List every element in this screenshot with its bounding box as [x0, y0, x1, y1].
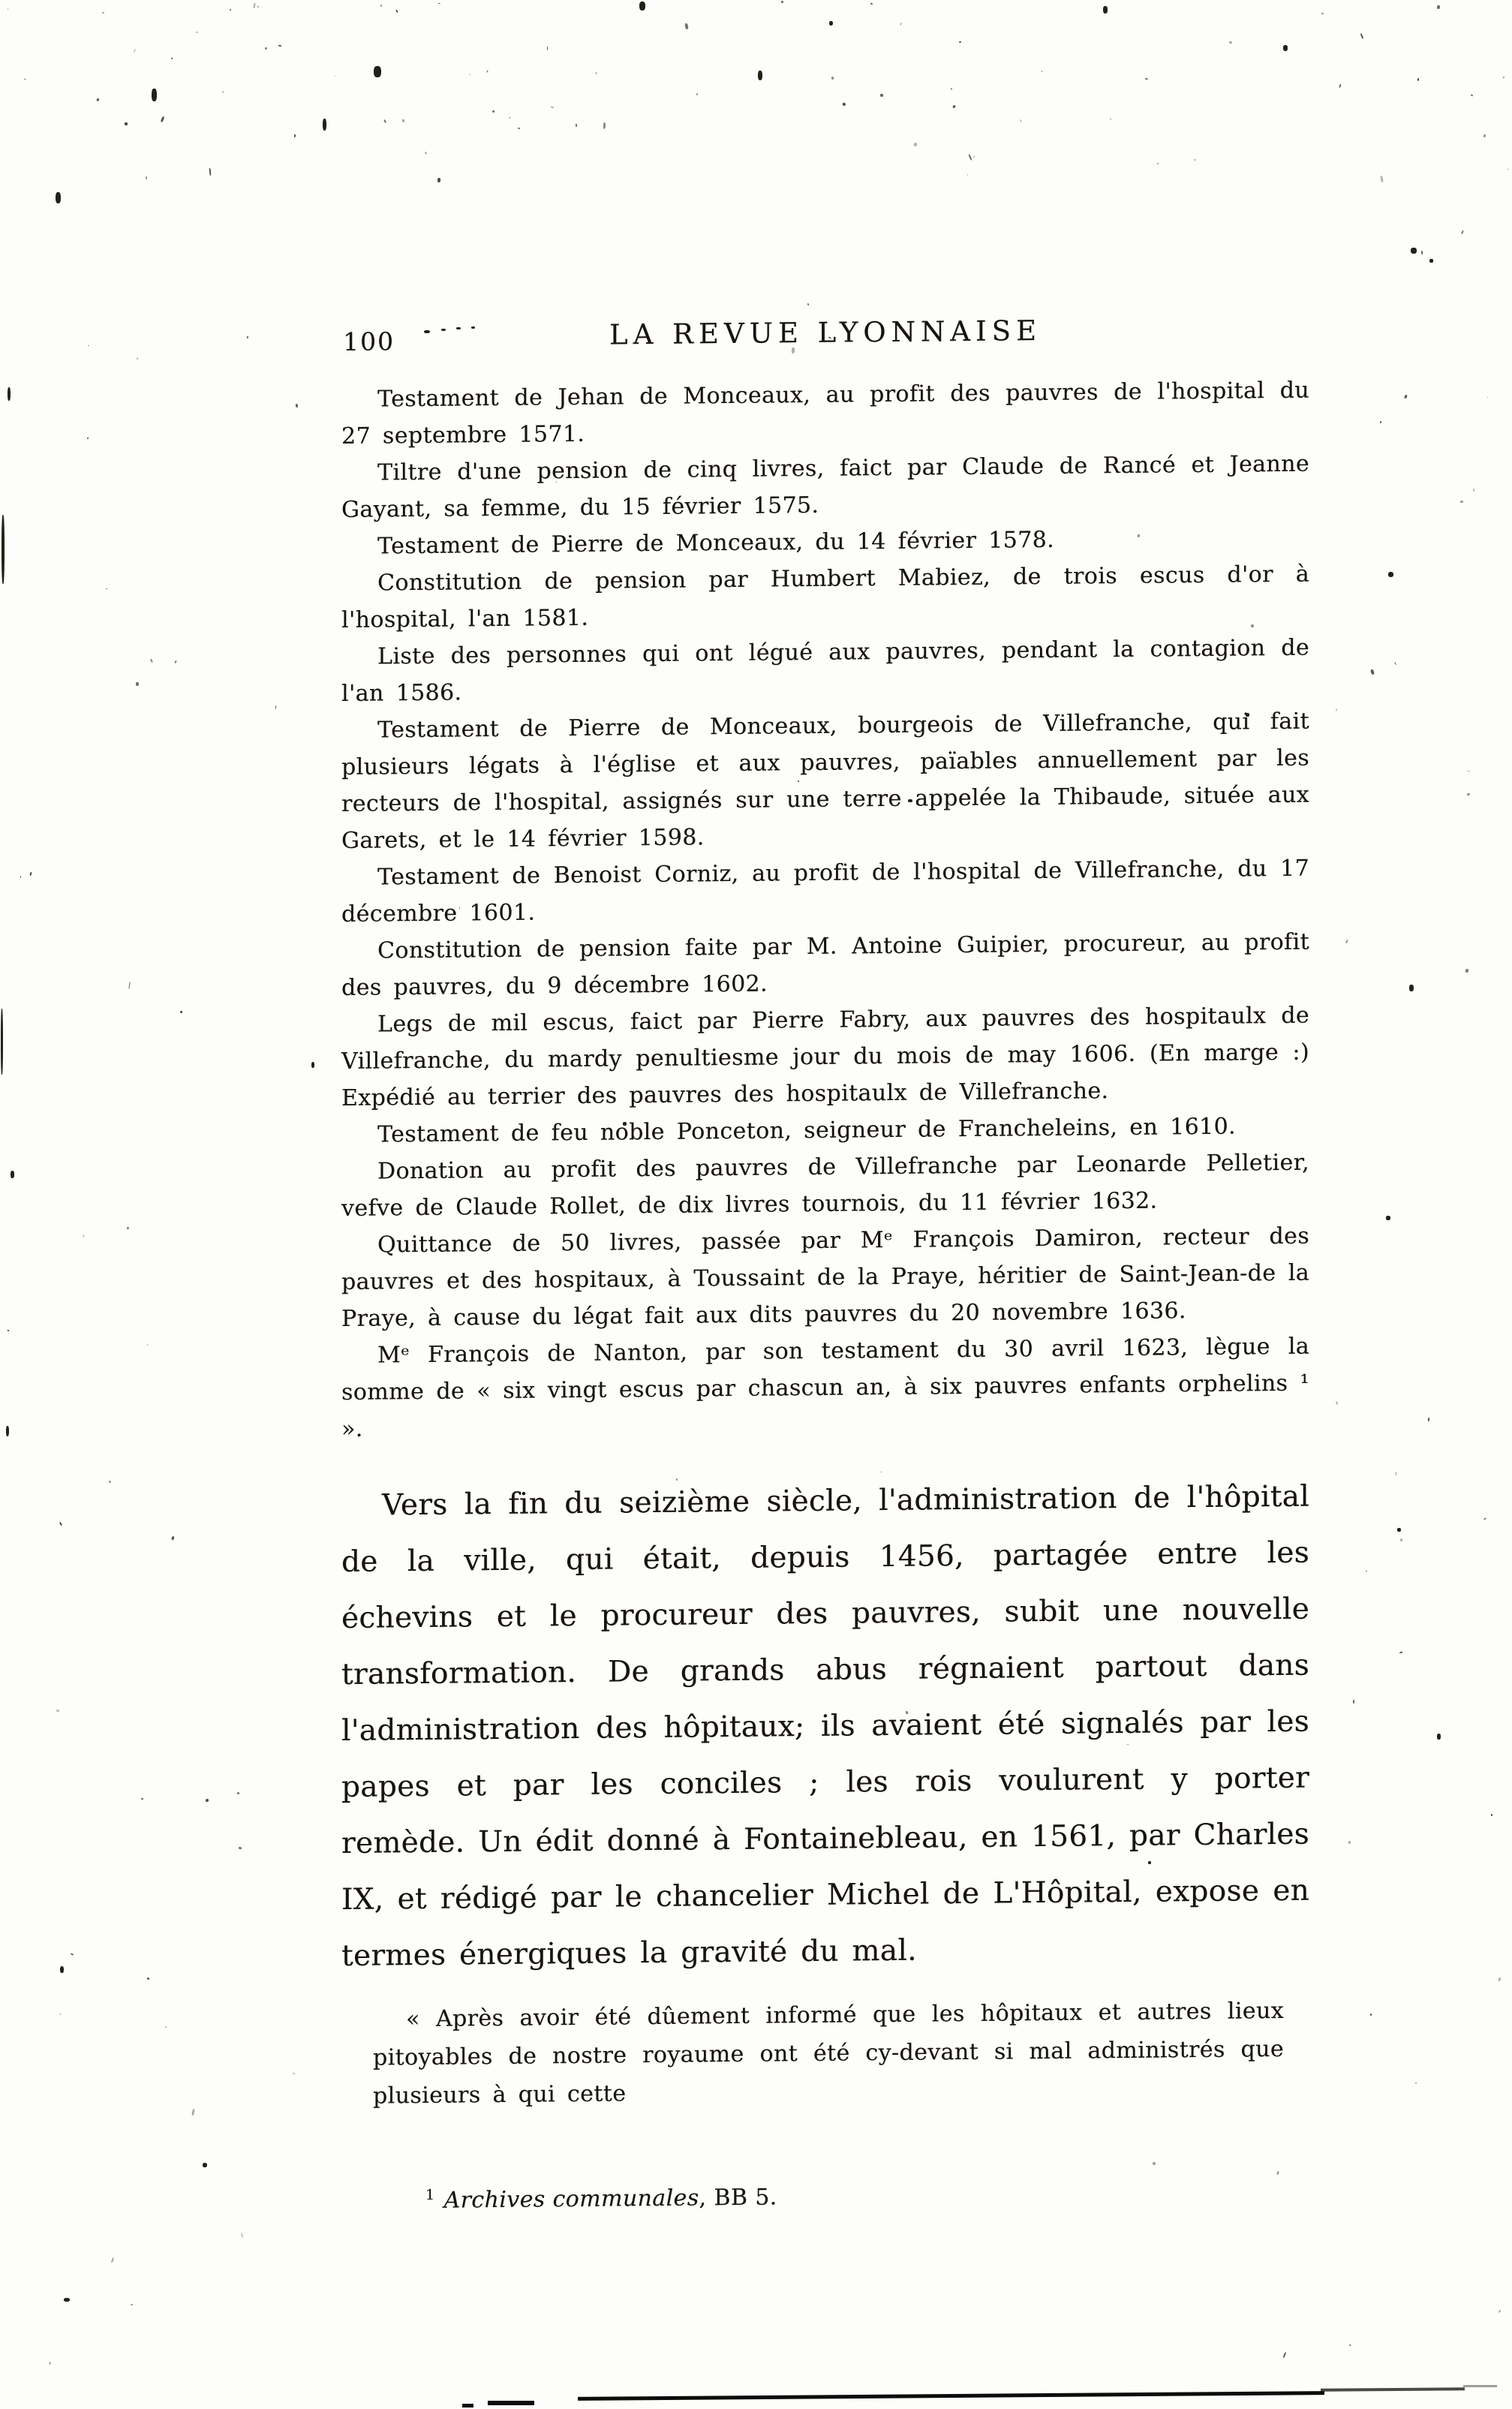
scan-speck: [1471, 94, 1474, 96]
scan-speck: [469, 74, 470, 76]
scan-speck: [880, 94, 883, 97]
scan-speck: [908, 799, 912, 802]
entry-paragraph: Donation au profit des pauvres de Villef…: [341, 1144, 1309, 1227]
scan-speck: [842, 102, 846, 107]
scan-speck: [109, 1481, 112, 1483]
entry-paragraph: Testament de Jehan de Monceaux, au profi…: [341, 372, 1309, 455]
page-edge-line: [462, 2404, 473, 2407]
scan-speck: [1369, 2014, 1372, 2017]
scan-speck: [8, 387, 11, 401]
scan-speck: [1429, 259, 1433, 263]
scan-speck: [1042, 71, 1043, 72]
scan-speck: [209, 168, 211, 176]
scan-speck: [171, 58, 173, 59]
scan-speck: [161, 116, 165, 123]
scan-speck: [1399, 1651, 1402, 1653]
scan-speck: [1321, 13, 1324, 14]
scan-speck: [131, 2304, 133, 2305]
scan-speck: [150, 659, 153, 663]
scan-speck: [102, 12, 104, 14]
scan-speck: [380, 5, 382, 7]
scan-speck: [547, 47, 549, 50]
quote-paragraph: « Après avoir été dûement informé que le…: [373, 1992, 1284, 2116]
scan-speck: [1148, 1861, 1151, 1864]
scan-speck: [1397, 1528, 1401, 1532]
scan-speck: [807, 303, 810, 305]
scan-speck: [829, 21, 833, 26]
scan-speck: [1498, 1977, 1501, 1982]
scan-speck: [1491, 1814, 1492, 1816]
scan-speck: [96, 98, 100, 101]
scan-speck: [56, 192, 61, 203]
scan-speck: [551, 107, 554, 109]
scan-speck: [6, 1426, 9, 1436]
scan-speck: [1428, 1418, 1429, 1421]
entry-paragraph: Testament de Benoist Corniz, au profit d…: [341, 850, 1309, 933]
scan-speck: [60, 2014, 62, 2015]
scan-speck: [146, 176, 147, 179]
scan-speck: [275, 705, 277, 709]
scan-speck: [1465, 969, 1468, 973]
scan-speck: [900, 23, 901, 26]
footnote-marker: 1: [425, 2187, 435, 2203]
scan-speck: [438, 3, 440, 5]
scan-speck: [311, 1062, 314, 1068]
scan-speck: [1380, 421, 1381, 423]
scan-speck: [401, 119, 404, 122]
scan-speck: [1386, 1216, 1390, 1220]
scan-speck: [241, 2233, 243, 2238]
scan-speck: [296, 404, 299, 408]
scan-speck: [1246, 713, 1249, 717]
scan-speck: [30, 872, 32, 876]
scan-speck: [623, 1122, 627, 1126]
scan-speck: [968, 154, 972, 161]
scan-speck: [1110, 119, 1112, 120]
entries-list: Testament de Jehan de Monceaux, au profi…: [341, 372, 1309, 1448]
scan-speck: [1145, 78, 1148, 80]
scan-speck: [24, 78, 26, 80]
scan-speck: [152, 89, 157, 101]
scan-speck: [1388, 572, 1393, 577]
scan-speck: [1507, 169, 1508, 170]
scan-speck: [1339, 84, 1341, 88]
scan-speck: [1283, 45, 1288, 51]
scan-speck: [124, 122, 128, 125]
scan-speck: [191, 2109, 194, 2116]
scan-speck: [1421, 251, 1423, 254]
scan-speck: [383, 119, 386, 123]
scan-speck: [803, 772, 804, 774]
scan-speck: [1409, 985, 1414, 991]
scan-speck: [959, 41, 962, 44]
scan-speck: [137, 358, 138, 360]
scan-speck: [83, 1235, 84, 1238]
scan-speck: [165, 2026, 167, 2028]
scan-speck: [967, 174, 969, 176]
entry-paragraph: Constitution de pension faite par M. Ant…: [341, 924, 1309, 1006]
scan-speck: [146, 1343, 149, 1346]
scan-speck: [247, 336, 249, 338]
scan-speck: [180, 1011, 182, 1013]
scan-speck: [1415, 2083, 1417, 2085]
scan-speck: [395, 10, 398, 13]
scan-speck: [1360, 33, 1363, 39]
scan-speck: [50, 2362, 51, 2365]
scan-speck: [952, 105, 955, 109]
scan-speck: [111, 2257, 114, 2263]
scan-speck: [1467, 792, 1471, 795]
scan-speck: [1483, 134, 1486, 138]
scan-speck: [1483, 1517, 1486, 1520]
scan-speck: [1370, 669, 1375, 675]
scan-speck: [1283, 2352, 1287, 2358]
scan-speck: [71, 1953, 74, 1956]
scan-speck: [518, 128, 520, 129]
scan-speck: [2, 515, 5, 584]
scan-speck: [323, 119, 326, 131]
scan-speck: [1353, 1700, 1354, 1704]
scan-speck: [486, 70, 488, 73]
scan-speck: [230, 9, 231, 11]
scan-speck: [278, 45, 281, 47]
scanned-book-page: 100 LA REVUE LYONNAISE Testament de Jeha…: [0, 0, 1512, 2409]
scan-speck: [171, 1536, 174, 1540]
scan-speck: [696, 93, 698, 95]
scan-speck: [576, 124, 577, 127]
scan-speck: [265, 47, 267, 50]
entry-paragraph: Testament de Pierre de Monceaux, bourgeo…: [341, 703, 1309, 859]
scan-speck: [239, 1847, 242, 1850]
scan-speck: [639, 2, 645, 11]
scan-speck: [1396, 1472, 1397, 1475]
scan-speck: [1399, 1538, 1402, 1542]
entry-paragraph: Liste des personnes qui ont légué aux pa…: [341, 630, 1309, 712]
scan-speck: [127, 1227, 130, 1230]
scan-speck: [59, 1522, 62, 1526]
scan-speck: [1437, 1734, 1441, 1740]
scan-speck: [335, 76, 335, 77]
scan-speck: [1157, 163, 1159, 165]
scan-speck: [87, 438, 89, 439]
scan-speck: [1487, 397, 1488, 398]
scan-speck: [56, 1710, 59, 1713]
scan-speck: [1195, 159, 1195, 161]
scan-speck: [174, 660, 177, 664]
page-edge-line: [1321, 2387, 1465, 2392]
scan-speck: [437, 178, 440, 183]
scan-speck: [1229, 41, 1232, 44]
scan-speck: [441, 329, 446, 331]
scan-speck: [1348, 1841, 1351, 1844]
scan-speck: [1349, 2344, 1351, 2346]
entry-paragraph: Legs de mil escus, faict par Pierre Fabr…: [341, 997, 1309, 1117]
scan-speck: [293, 2073, 295, 2075]
scan-speck: [1336, 709, 1337, 711]
entry-paragraph: Quittance de 50 livres, passée par Mᵉ Fr…: [341, 1218, 1309, 1337]
footnote: 1Archives communales, BB 5.: [425, 2179, 1309, 2214]
scan-speck: [596, 72, 597, 74]
scan-speck: [136, 682, 139, 686]
scan-speck: [257, 6, 259, 8]
scan-speck: [134, 49, 136, 53]
scan-speck: [1020, 119, 1021, 122]
scan-speck: [1, 1009, 3, 1075]
footnote-work-title: Archives communales: [444, 2185, 699, 2213]
scan-speck: [197, 32, 197, 33]
scan-speck: [1394, 662, 1396, 665]
scan-speck: [141, 1798, 144, 1800]
scan-speck: [870, 2, 873, 5]
scan-speck: [425, 152, 427, 155]
scan-speck: [603, 122, 606, 129]
scan-speck: [20, 876, 22, 878]
scan-speck: [294, 134, 296, 137]
scan-speck: [1460, 501, 1463, 504]
scan-speck: [1345, 940, 1348, 943]
scan-speck: [237, 1792, 239, 1795]
scan-speck: [203, 2163, 207, 2167]
page-edge-line: [1463, 2385, 1497, 2387]
scan-speck: [11, 1171, 14, 1178]
entry-paragraph: Constitution de pension par Humbert Mabi…: [341, 556, 1309, 639]
scan-speck: [8, 8, 9, 11]
scan-speck: [1473, 489, 1474, 492]
page-header: 100 LA REVUE LYONNAISE: [341, 312, 1309, 363]
scan-speck: [792, 347, 795, 353]
scan-speck: [1103, 6, 1108, 14]
scan-speck: [1380, 176, 1383, 182]
scan-speck: [951, 88, 952, 90]
scan-speck: [128, 982, 131, 989]
scan-speck: [60, 1966, 64, 1973]
entry-paragraph: Tiltre d'une pension de cinq livres, fai…: [341, 446, 1309, 528]
scan-speck: [1417, 78, 1420, 81]
scan-speck: [510, 117, 511, 119]
scan-speck: [1411, 248, 1417, 254]
scan-speck: [222, 92, 224, 92]
scan-speck: [1498, 2310, 1501, 2313]
scan-speck: [205, 1798, 209, 1802]
scan-speck: [147, 1977, 149, 1980]
scan-speck: [973, 156, 975, 158]
scan-speck: [1503, 77, 1505, 79]
scan-speck: [471, 326, 475, 329]
scan-speck: [424, 330, 430, 333]
scan-speck: [1366, 1571, 1368, 1572]
scan-speck: [8, 1330, 9, 1331]
scan-speck: [684, 23, 688, 30]
text-column: 100 LA REVUE LYONNAISE Testament de Jeha…: [341, 312, 1309, 2215]
scan-speck: [1461, 230, 1464, 234]
scan-speck: [492, 110, 495, 113]
footnote-reference: , BB 5.: [699, 2184, 777, 2211]
scan-speck: [88, 345, 90, 347]
scan-speck: [106, 588, 107, 590]
scan-speck: [374, 66, 381, 77]
scan-speck: [1336, 1401, 1338, 1405]
scan-speck: [253, 3, 255, 8]
scan-speck: [781, 1, 784, 4]
scan-speck: [456, 327, 461, 329]
page-edge-line: [578, 2391, 1324, 2401]
scan-speck: [1467, 771, 1470, 771]
scan-speck: [1437, 5, 1440, 9]
scan-speck: [758, 71, 762, 80]
scan-speck: [64, 2298, 70, 2302]
page-edge-line: [488, 2401, 534, 2405]
scan-speck: [913, 142, 917, 146]
lead-paragraph: Vers la fin du seizième siècle, l'admini…: [341, 1469, 1309, 1984]
entry-paragraph: Mᵉ François de Nanton, par son testament…: [341, 1328, 1309, 1448]
running-title: LA REVUE LYONNAISE: [341, 312, 1309, 353]
scan-speck: [831, 77, 834, 80]
scan-speck: [1404, 395, 1407, 398]
